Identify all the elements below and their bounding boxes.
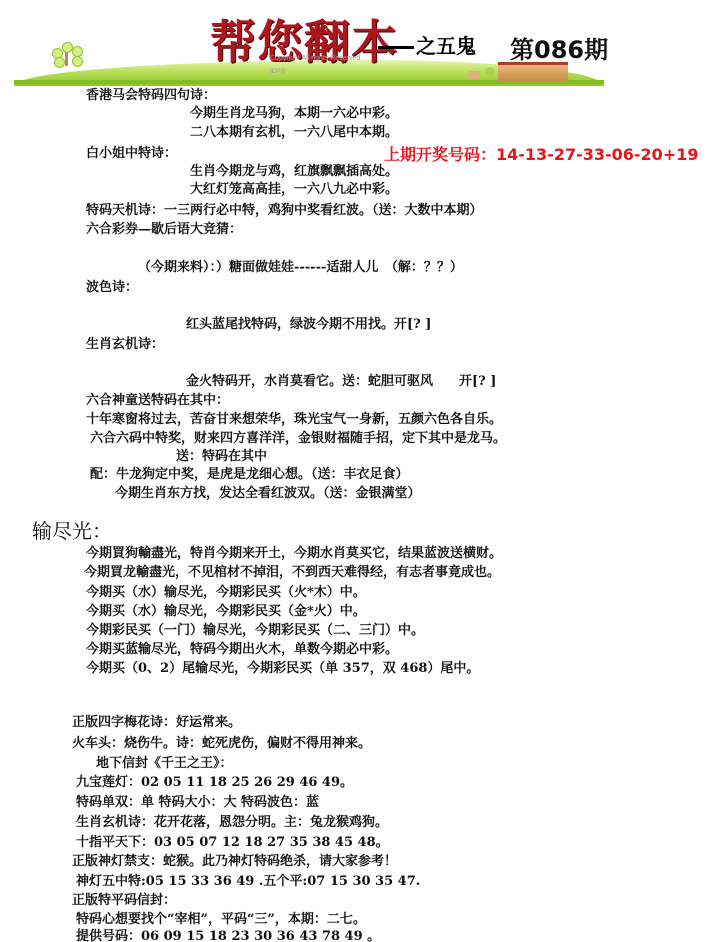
last-draw-result: 上期开奖号码：14-13-27-33-06-20+19 [384,142,698,165]
shentong-line-2: 六合六码中特奖，财来四方喜洋洋，金银财福随手招，定下其中是龙马。 [90,431,506,447]
shizhi-pingtianxia: 十指平天下：03 05 07 12 18 27 35 38 45 48。 [76,835,389,851]
bai-poem-line-2: 大红灯笼高高挂，一六八九必中彩。 [190,182,398,198]
hk-poem-line-1: 今期生肖龙马狗，本期一六必中彩。 [190,106,398,122]
bose-title: 波色诗： [86,280,138,296]
shengxiao-xuanji: 生肖玄机诗：花开花落，恩怨分明。主：兔龙猴鸡狗。 [76,815,388,831]
lose-all-line: 今期买（水）输尽光，今期彩民买（金*火）中。 [86,604,366,620]
tigong-numbers: 提供号码：06 09 15 18 23 30 36 43 78 49 。 [76,929,380,942]
copyright-watermark: Copyright All rights Reserved [270,55,360,62]
lose-all-title: 输尽光： [32,515,112,544]
last-draw-label: 上期开奖号码： [384,145,496,164]
bai-poem-title: 白小姐中特诗： [86,146,177,162]
shentong-line-3: 送：特码在其中 [176,449,267,465]
huochetou: 火车头：烧伤牛。诗：蛇死虎伤，偏财不得用神来。 [72,736,371,752]
tree-icon [50,42,84,68]
issue-number: 第086期 [510,30,608,65]
meihua-poem: 正版四字梅花诗：好运常来。 [72,715,241,731]
hk-poem-line-2: 二八本期有玄机，一六八尾中本期。 [190,125,398,141]
jiubao-liandeng: 九宝莲灯：02 05 11 18 25 26 29 46 49。 [76,775,353,791]
shengxiao-poem: 金火特码开，水肖莫看它。送：蛇胆可驱风 开[? ] [186,374,496,390]
shentong-line-5: 今期生肖东方找，发达全看红波双。（送：金银满堂） [115,486,421,502]
bose-poem: 红头蓝尾找特码，绿波今期不用找。开[? ] [186,317,431,333]
header-banner: 帮您翻本 Copyright All rights Reserved ICP备 … [0,0,720,88]
lose-all-line: 今期买（0、2）尾输尽光，今期彩民买（单 357，双 468）尾中。 [86,661,479,677]
building-icon [498,62,568,81]
bush-icon [485,67,495,77]
lose-all-line: 今期買狗輸盡光，特肖今期来开土，今期水肖莫买它，结果蓝波送横财。 [86,546,502,562]
title-dash [378,46,414,49]
xiehouyu-riddle: （今期来料）：）糖面做娃娃------适甜人儿 （解：？？） [138,260,463,276]
last-draw-numbers: 14-13-27-33-06-20+19 [496,145,698,164]
tema-danshuang: 特码单双：单 特码大小：大 特码波色：蓝 [76,795,319,811]
xiehouyu-title: 六合彩券—歇后语大竞猜： [86,222,242,238]
shengxiao-title: 生肖玄机诗： [86,337,164,353]
lose-all-line: 今期買龙輸盡光，不见棺材不掉泪，不到西天难得经，有志者事竟成也。 [84,565,500,581]
tepingma-hint: 特码心想要找个“宰相”，平码“三”，本期：二七。 [76,912,366,928]
shentong-line-1: 十年寒窗将过去，苦奋甘来想荣华，珠光宝气一身新，五颜六色各自乐。 [86,412,502,428]
tepingma-title: 正版特平码信封： [72,893,176,909]
icp-watermark: ICP备 [270,66,286,75]
hut-icon [468,71,480,79]
page-subtitle: 之五鬼 [416,30,476,59]
hk-poem-title: 香港马会特码四句诗： [86,88,216,104]
shendeng-title: 正版神灯禁支：蛇猴。此乃神灯特码绝杀，请大家参考！ [72,854,397,870]
tianji-poem: 特码天机诗：一三两行必中特，鸡狗中奖看红波。（送：大数中本期） [86,203,483,219]
lose-all-line: 今期买蓝输尽光，特码今期出火木，单数今期必中彩。 [86,642,398,658]
bai-poem-line-1: 生肖今期龙与鸡，红旗飘飘插高处。 [190,164,398,180]
shentong-line-4: 配：牛龙狗定中奖，是虎是龙细心想。（送：丰衣足食） [90,467,409,483]
shentong-title: 六合神童送特码在其中： [86,393,229,409]
lose-all-line: 今期彩民买（一门）输尽光，今期彩民买（二、三门）中。 [86,623,424,639]
lose-all-line: 今期买（水）输尽光，今期彩民买（火*木）中。 [86,585,366,601]
page-title: 帮您翻本 [210,6,398,72]
dixia-xinfeng: 地下信封《千王之王》： [96,756,233,772]
shendeng-numbers: 神灯五中特:05 15 33 36 49 .五个平:07 15 30 35 47… [76,874,420,890]
